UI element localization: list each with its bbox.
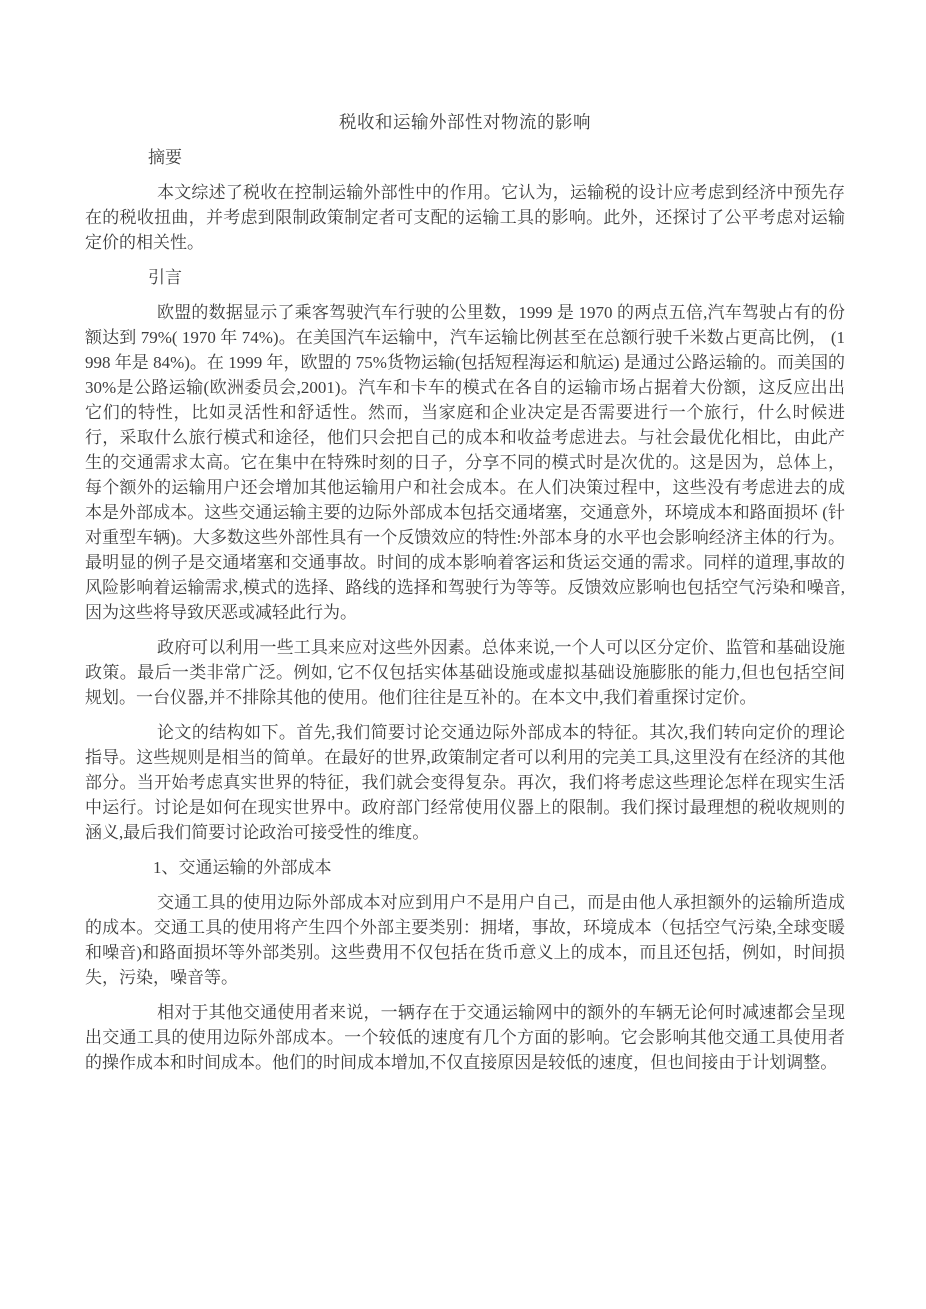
intro-paragraph-1: 欧盟的数据显示了乘客驾驶汽车行驶的公里数，1999 是 1970 的两点五倍,汽…: [85, 300, 845, 625]
document-title: 税收和运输外部性对物流的影响: [85, 110, 845, 135]
section-1-heading: 1、交通运输的外部成本: [85, 855, 845, 880]
introduction-heading: 引言: [85, 265, 845, 290]
document-page: 税收和运输外部性对物流的影响 摘要 本文综述了税收在控制运输外部性中的作用。它认…: [0, 0, 926, 1309]
abstract-heading: 摘要: [85, 145, 845, 170]
section-1-paragraph-2: 相对于其他交通使用者来说，一辆存在于交通运输网中的额外的车辆无论何时减速都会呈现…: [85, 1000, 845, 1075]
abstract-paragraph: 本文综述了税收在控制运输外部性中的作用。它认为，运输税的设计应考虑到经济中预先存…: [85, 180, 845, 255]
intro-paragraph-2: 政府可以利用一些工具来应对这些外因素。总体来说,一个人可以区分定价、监管和基础设…: [85, 635, 845, 710]
section-1-paragraph-1: 交通工具的使用边际外部成本对应到用户不是用户自己，而是由他人承担额外的运输所造成…: [85, 890, 845, 990]
intro-paragraph-3: 论文的结构如下。首先,我们简要讨论交通边际外部成本的特征。其次,我们转向定价的理…: [85, 720, 845, 845]
